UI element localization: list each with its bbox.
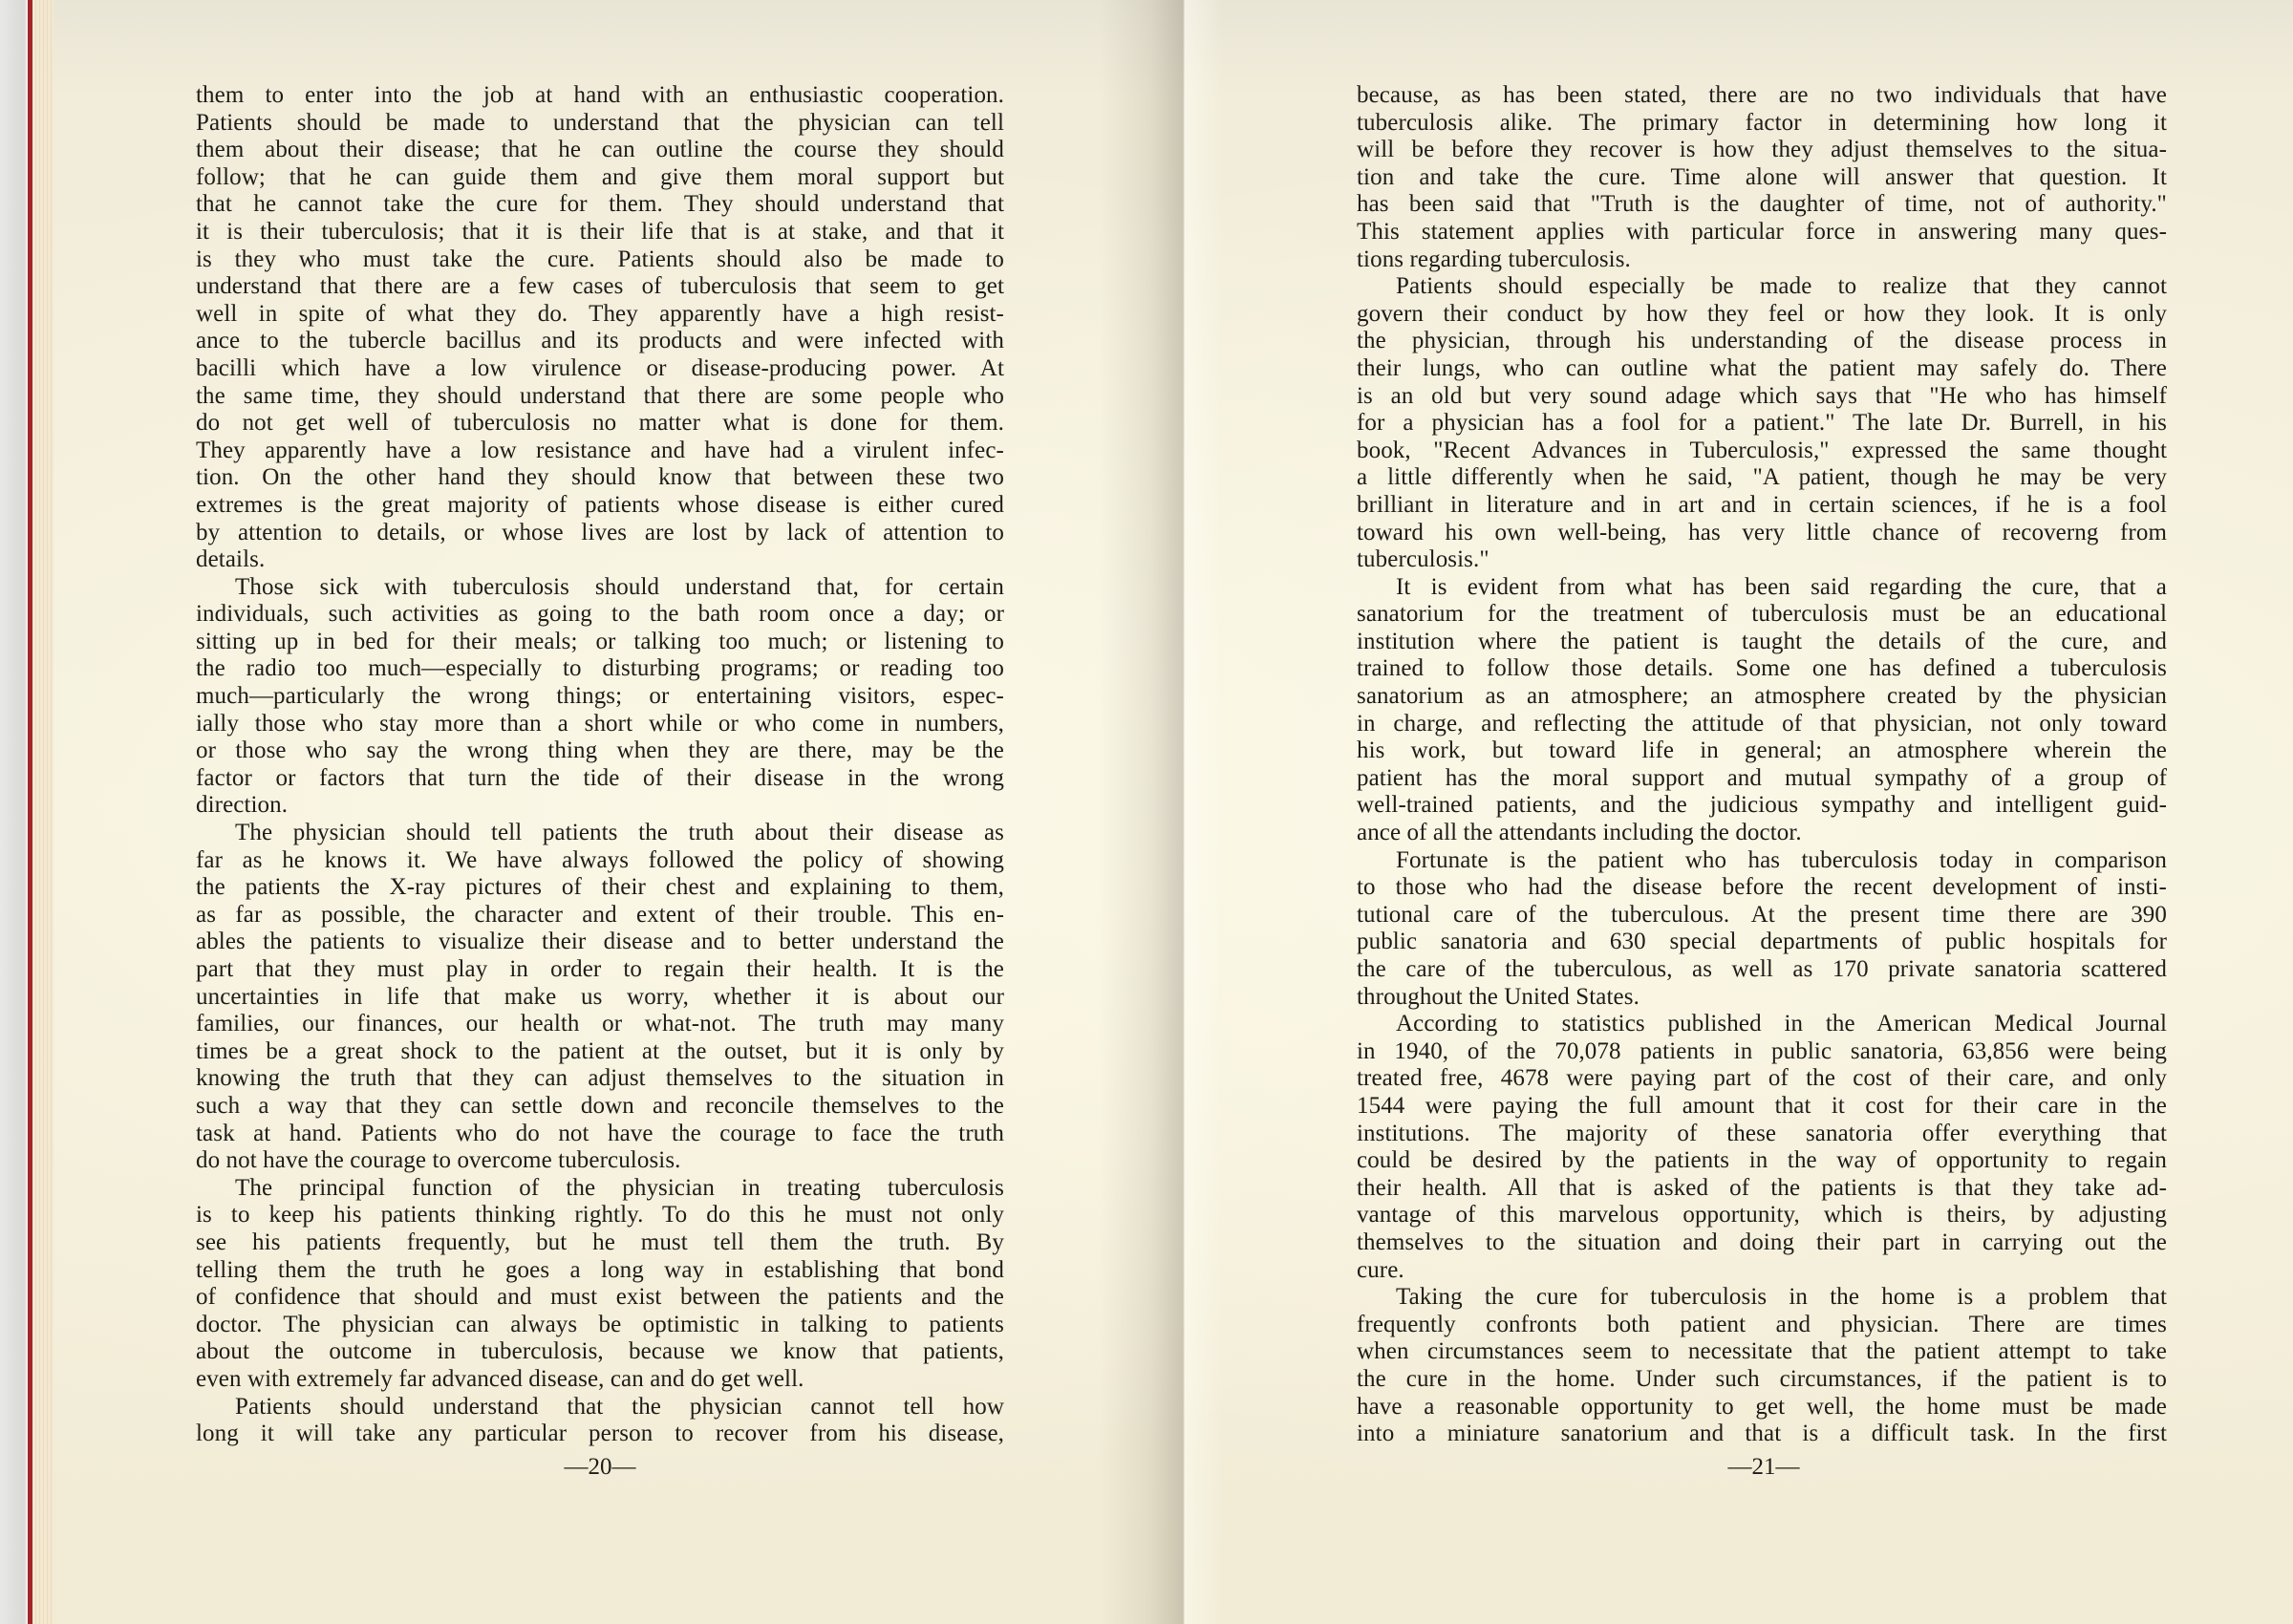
text-line: ance to the tubercle bacillus and its pr… xyxy=(196,328,1004,355)
text-line: do not have the courage to overcome tube… xyxy=(196,1147,1004,1175)
text-line: tion. On the other hand they should know… xyxy=(196,464,1004,492)
text-line: bacilli which have a low virulence or di… xyxy=(196,355,1004,383)
text-line: sanatorium for the treatment of tubercul… xyxy=(1357,601,2167,629)
text-line: task at hand. Patients who do not have t… xyxy=(196,1121,1004,1148)
text-line: could be desired by the patients in the … xyxy=(1357,1147,2167,1175)
background-margin xyxy=(0,0,29,1624)
text-line: trained to follow those details. Some on… xyxy=(1357,655,2167,683)
text-line: as far as possible, the character and ex… xyxy=(196,902,1004,930)
text-line: the patients the X-ray pictures of their… xyxy=(196,874,1004,902)
text-line: when circumstances seem to necessitate t… xyxy=(1357,1338,2167,1366)
text-line: or those who say the wrong thing when th… xyxy=(196,737,1004,765)
text-line: govern their conduct by how they feel or… xyxy=(1357,301,2167,329)
text-line: According to statistics published in the… xyxy=(1357,1011,2167,1038)
text-line: extremes is the great majority of patien… xyxy=(196,492,1004,520)
text-line: treated free, 4678 were paying part of t… xyxy=(1357,1065,2167,1093)
text-line: book, "Recent Advances in Tuberculosis,"… xyxy=(1357,438,2167,465)
text-line: is to keep his patients thinking rightly… xyxy=(196,1202,1004,1229)
text-line: factor or factors that turn the tide of … xyxy=(196,765,1004,793)
text-line: knowing the truth that they can adjust t… xyxy=(196,1065,1004,1093)
text-line: telling them the truth he goes a long wa… xyxy=(196,1257,1004,1285)
text-line: far as he knows it. We have always follo… xyxy=(196,847,1004,875)
text-line: institutions. The majority of these sana… xyxy=(1357,1121,2167,1148)
text-line: themselves to the situation and doing th… xyxy=(1357,1229,2167,1257)
text-line: a little differently when he said, "A pa… xyxy=(1357,464,2167,492)
text-line: in 1940, of the 70,078 patients in publi… xyxy=(1357,1038,2167,1066)
text-line: direction. xyxy=(196,792,1004,820)
text-line: ance of all the attendants including the… xyxy=(1357,820,2167,847)
text-line: This statement applies with particular f… xyxy=(1357,219,2167,246)
text-line: cure. xyxy=(1357,1257,2167,1285)
text-line: of confidence that should and must exist… xyxy=(196,1284,1004,1312)
text-line: into a miniature sanatorium and that is … xyxy=(1357,1421,2167,1448)
text-line: patient has the moral support and mutual… xyxy=(1357,765,2167,793)
text-line: frequently confronts both patient and ph… xyxy=(1357,1312,2167,1339)
text-line: because, as has been stated, there are n… xyxy=(1357,82,2167,110)
text-line: ially those who stay more than a short w… xyxy=(196,711,1004,738)
text-line: tion and take the cure. Time alone will … xyxy=(1357,164,2167,192)
text-line: individuals, such activities as going to… xyxy=(196,601,1004,629)
text-line: the physician, through his understanding… xyxy=(1357,328,2167,355)
text-line: even with extremely far advanced disease… xyxy=(196,1366,1004,1394)
page-edges xyxy=(32,0,54,1624)
text-line: see his patients frequently, but he must… xyxy=(196,1229,1004,1257)
text-line: Patients should understand that the phys… xyxy=(196,1394,1004,1421)
text-line: brilliant in literature and in art and i… xyxy=(1357,492,2167,520)
text-line: his work, but toward life in general; an… xyxy=(1357,737,2167,765)
text-line: is they who must take the cure. Patients… xyxy=(196,246,1004,274)
text-line: sanatorium as an atmosphere; an atmosphe… xyxy=(1357,683,2167,711)
text-line: understand that there are a few cases of… xyxy=(196,273,1004,301)
text-line: tuberculosis." xyxy=(1357,546,2167,574)
text-line: The physician should tell patients the t… xyxy=(196,820,1004,847)
text-line: for a physician has a fool for a patient… xyxy=(1357,410,2167,438)
text-line: They apparently have a low resistance an… xyxy=(196,438,1004,465)
text-line: Patients should especially be made to re… xyxy=(1357,273,2167,301)
text-line: It is evident from what has been said re… xyxy=(1357,574,2167,602)
text-line: is an old but very sound adage which say… xyxy=(1357,383,2167,411)
right-page-number: —21— xyxy=(1668,1454,1859,1481)
text-line: it is their tuberculosis; that it is the… xyxy=(196,219,1004,246)
text-line: their health. All that is asked of the p… xyxy=(1357,1175,2167,1203)
text-line: about the outcome in tuberculosis, becau… xyxy=(196,1338,1004,1366)
text-line: have a reasonable opportunity to get wel… xyxy=(1357,1394,2167,1421)
text-line: will be before they recover is how they … xyxy=(1357,137,2167,164)
text-line: in charge, and reflecting the attitude o… xyxy=(1357,711,2167,738)
text-line: sitting up in bed for their meals; or ta… xyxy=(196,629,1004,656)
text-line: vantage of this marvelous opportunity, w… xyxy=(1357,1202,2167,1229)
text-line: the same time, they should understand th… xyxy=(196,383,1004,411)
gutter-highlight xyxy=(1185,0,1223,1624)
text-line: that he cannot take the cure for them. T… xyxy=(196,191,1004,219)
text-line: much—particularly the wrong things; or e… xyxy=(196,683,1004,711)
text-line: by attention to details, or whose lives … xyxy=(196,520,1004,547)
text-line: institution where the patient is taught … xyxy=(1357,629,2167,656)
text-line: doctor. The physician can always be opti… xyxy=(196,1312,1004,1339)
left-page-text: them to enter into the job at hand with … xyxy=(196,82,1004,1448)
text-line: tions regarding tuberculosis. xyxy=(1357,246,2167,274)
text-line: the cure in the home. Under such circums… xyxy=(1357,1366,2167,1394)
text-line: Taking the cure for tuberculosis in the … xyxy=(1357,1284,2167,1312)
text-line: long it will take any particular person … xyxy=(196,1421,1004,1448)
text-line: well-trained patients, and the judicious… xyxy=(1357,792,2167,820)
text-line: 1544 were paying the full amount that it… xyxy=(1357,1093,2167,1121)
text-line: ables the patients to visualize their di… xyxy=(196,929,1004,956)
text-line: part that they must play in order to reg… xyxy=(196,956,1004,984)
text-line: toward his own well-being, has very litt… xyxy=(1357,520,2167,547)
right-page-text: because, as has been stated, there are n… xyxy=(1357,82,2167,1448)
text-line: do not get well of tuberculosis no matte… xyxy=(196,410,1004,438)
text-line: such a way that they can settle down and… xyxy=(196,1093,1004,1121)
text-line: times be a great shock to the patient at… xyxy=(196,1038,1004,1066)
text-line: public sanatoria and 630 special departm… xyxy=(1357,929,2167,956)
text-line: tutional care of the tuberculous. At the… xyxy=(1357,902,2167,930)
left-page-number: —20— xyxy=(504,1454,696,1481)
text-line: details. xyxy=(196,546,1004,574)
text-line: their lungs, who can outline what the pa… xyxy=(1357,355,2167,383)
text-line: them to enter into the job at hand with … xyxy=(196,82,1004,110)
text-line: has been said that "Truth is the daughte… xyxy=(1357,191,2167,219)
text-line: well in spite of what they do. They appa… xyxy=(196,301,1004,329)
text-line: Fortunate is the patient who has tubercu… xyxy=(1357,847,2167,875)
text-line: to those who had the disease before the … xyxy=(1357,874,2167,902)
text-line: them about their disease; that he can ou… xyxy=(196,137,1004,164)
book-spread: them to enter into the job at hand with … xyxy=(0,0,2293,1624)
text-line: Those sick with tuberculosis should unde… xyxy=(196,574,1004,602)
text-line: the radio too much—especially to disturb… xyxy=(196,655,1004,683)
text-line: the care of the tuberculous, as well as … xyxy=(1357,956,2167,984)
gutter-shadow xyxy=(1099,0,1185,1624)
text-line: throughout the United States. xyxy=(1357,984,2167,1012)
text-line: tuberculosis alike. The primary factor i… xyxy=(1357,110,2167,138)
text-line: The principal function of the physician … xyxy=(196,1175,1004,1203)
text-line: families, our finances, our health or wh… xyxy=(196,1011,1004,1038)
text-line: follow; that he can guide them and give … xyxy=(196,164,1004,192)
text-line: Patients should be made to understand th… xyxy=(196,110,1004,138)
text-line: uncertainties in life that make us worry… xyxy=(196,984,1004,1012)
